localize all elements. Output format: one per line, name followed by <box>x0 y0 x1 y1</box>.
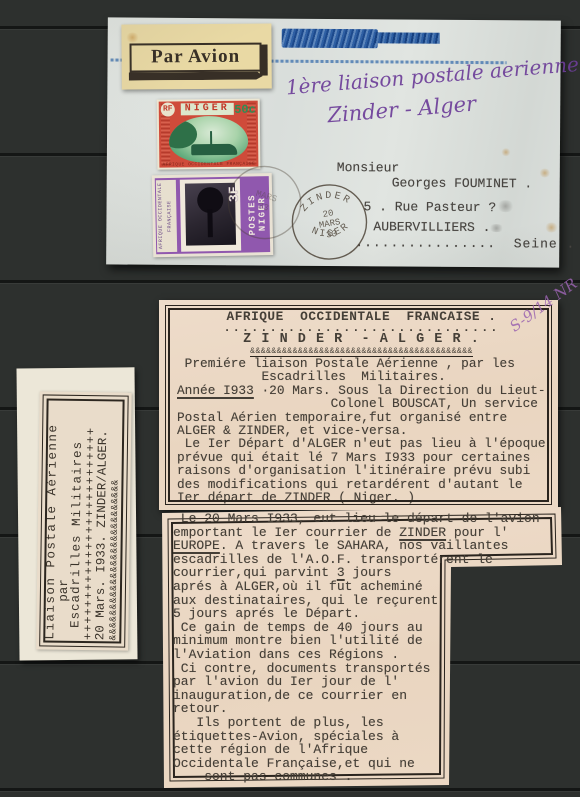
document-content: AFRIQUE OCCIDENTALE FRANCAISE . ........… <box>177 310 546 504</box>
rf-monogram: RF <box>161 102 175 116</box>
address-line: AUBERVILLIERS . <box>373 219 490 235</box>
typewriter-line: Colonel BOUSCAT, Un service <box>177 397 546 410</box>
typewriter-line: courrier,qui parvint 3 jours <box>173 566 540 580</box>
typewriter-line: ALGER & ZINDER, et vice-versa. <box>177 424 546 437</box>
rotated-label-text: Liaison Postale Aérienne par Escadrilles… <box>44 401 123 640</box>
par-avion-label: Par Avion <box>132 46 260 69</box>
label-line: Escadrilles Militaires <box>69 402 85 640</box>
side-label-group: Liaison Postale Aérienne par Escadrilles… <box>14 365 152 665</box>
par-avion-etiquette: Par Avion <box>121 24 271 90</box>
typewriter-line: EUROPE. A travers le SAHARA, nos vaillan… <box>173 539 540 553</box>
typewriter-line: retour. <box>173 702 540 716</box>
stamp-country-label: NIGER <box>181 103 234 116</box>
typewriter-line: Le Ier Départ d'ALGER n'eut pas lieu à l… <box>177 437 546 450</box>
label-decorative-row: &&&&&&&&&&&&&&&&&&&&&&&&&& <box>107 402 121 640</box>
document-title: AFRIQUE OCCIDENTALE FRANCAISE . <box>177 310 546 323</box>
address-line: 5 . Rue Pasteur ? <box>364 199 497 215</box>
dotted-divider: .............................. <box>177 323 546 333</box>
typewriter-line: Escadrilles Militaires. <box>177 370 546 383</box>
tree-trunk <box>207 209 213 237</box>
address-line: Monsieur <box>337 160 400 175</box>
photo-stage: Par Avion RF NIGER 50c AFRIQUE OCCIDENTA… <box>0 0 580 797</box>
crossed-out-airmail-marking <box>282 29 378 49</box>
typewriter-line: 5 jours aprés le Départ. <box>173 607 540 621</box>
typewriter-line: Ils portent de plus, les <box>173 716 540 730</box>
etiquette-right-bar <box>260 45 268 76</box>
typewriter-line: Postal Aérien temporaire,fut organisé en… <box>177 411 546 424</box>
postmark-year: 33 <box>325 229 337 241</box>
svg-text:33: 33 <box>257 201 270 214</box>
typewriter-line: Ci contre, documents transportés <box>173 662 540 676</box>
stamp-side-inscription: AFRIQUE OCCIDENTALE FRANÇAISE <box>156 180 177 252</box>
foxing-spot <box>501 148 511 156</box>
handwritten-note-line2: Zinder - Alger <box>327 92 477 128</box>
typewritten-note-top: AFRIQUE OCCIDENTALE FRANCAISE . ........… <box>159 300 558 510</box>
typewriter-line: des modifications qui retardérent d'auta… <box>177 478 546 491</box>
typewriter-line: Le 20 Mars I933, eut lieu le départ de l… <box>173 512 540 526</box>
typewriter-line: cette région de l'Afrique <box>173 743 540 757</box>
document-subtitle: Z I N D E R - A L G E R . <box>177 333 546 347</box>
typewriter-line: Occidentale Française,et qui ne <box>173 757 540 771</box>
typewriter-line: Ce gain de temps de 40 jours au <box>173 621 540 635</box>
typewriter-line: sont pas communes . <box>173 770 540 784</box>
label-line: 20 Mars. I933. ZINDER/ALGER. <box>94 402 110 640</box>
airmail-cover: Par Avion RF NIGER 50c AFRIQUE OCCIDENTA… <box>106 17 561 267</box>
typewriter-line: aprés à ALGER,où il fut acheminé <box>173 580 540 594</box>
typewriter-line: inauguration,de ce courrier en <box>173 689 540 703</box>
typewriter-line: par l'avion du Ier jour de l' <box>173 675 540 689</box>
address-line: Georges FOUMINET . <box>392 175 533 191</box>
postmark-zinder-niger: ZINDER NIGER 20 MARS 33 <box>281 174 378 271</box>
typewriter-line: Ier départ de ZINDER ( Niger. ) <box>177 491 546 504</box>
etiquette-bottom-bar <box>129 72 263 81</box>
document-body-bottom: Le 20 Mars I933, eut lieu le départ de l… <box>173 512 540 784</box>
label-line: par <box>57 402 72 640</box>
boat-hull <box>191 144 237 156</box>
typewriter-line: emportant le Ier courrier de ZINDER pour… <box>173 526 540 540</box>
typewritten-side-label: Liaison Postale Aérienne par Escadrilles… <box>36 391 132 650</box>
label-plus-row: ++++++++++++++++++++++++++ <box>82 402 97 640</box>
typewriter-line: raisons d'organisation l'itinéraire prév… <box>177 464 546 477</box>
typewriter-line: Premiére liaison Postale Aérienne , par … <box>177 357 546 370</box>
address-line: ................ Seine . <box>355 235 575 252</box>
decorative-divider: &&&&&&&&&&&&&&&&&&&&&&&&&&&&&&&&&&&&&&&&… <box>250 347 473 357</box>
typewriter-line: aux destinataires, qui le reçurent <box>173 594 540 608</box>
typewriter-line: escadrilles de l'A.O.F. transportérent l… <box>173 553 540 567</box>
typewritten-note-bottom: Le 20 Mars I933, eut lieu le départ de l… <box>156 505 566 793</box>
typewriter-line: minimum montre bien l'utilité de <box>173 634 540 648</box>
typewriter-line: l'Aviation dans ces Régions . <box>173 648 540 662</box>
etiquette-frame: Par Avion <box>130 43 262 73</box>
typewriter-line: Année I933 ·20 Mars. Sous la Direction d… <box>177 384 546 397</box>
label-line: Liaison Postale Aérienne <box>44 401 60 639</box>
foxing-spot <box>125 32 139 42</box>
boat-mast <box>210 131 212 145</box>
document-body-top: Premiére liaison Postale Aérienne , par … <box>177 357 546 504</box>
typewriter-line: prévue qui était lé 7 Mars I933 pour cer… <box>177 451 546 464</box>
typewriter-line: étiquettes-Avion, spéciales à <box>173 730 540 744</box>
stamp-value: 50c <box>234 103 256 117</box>
